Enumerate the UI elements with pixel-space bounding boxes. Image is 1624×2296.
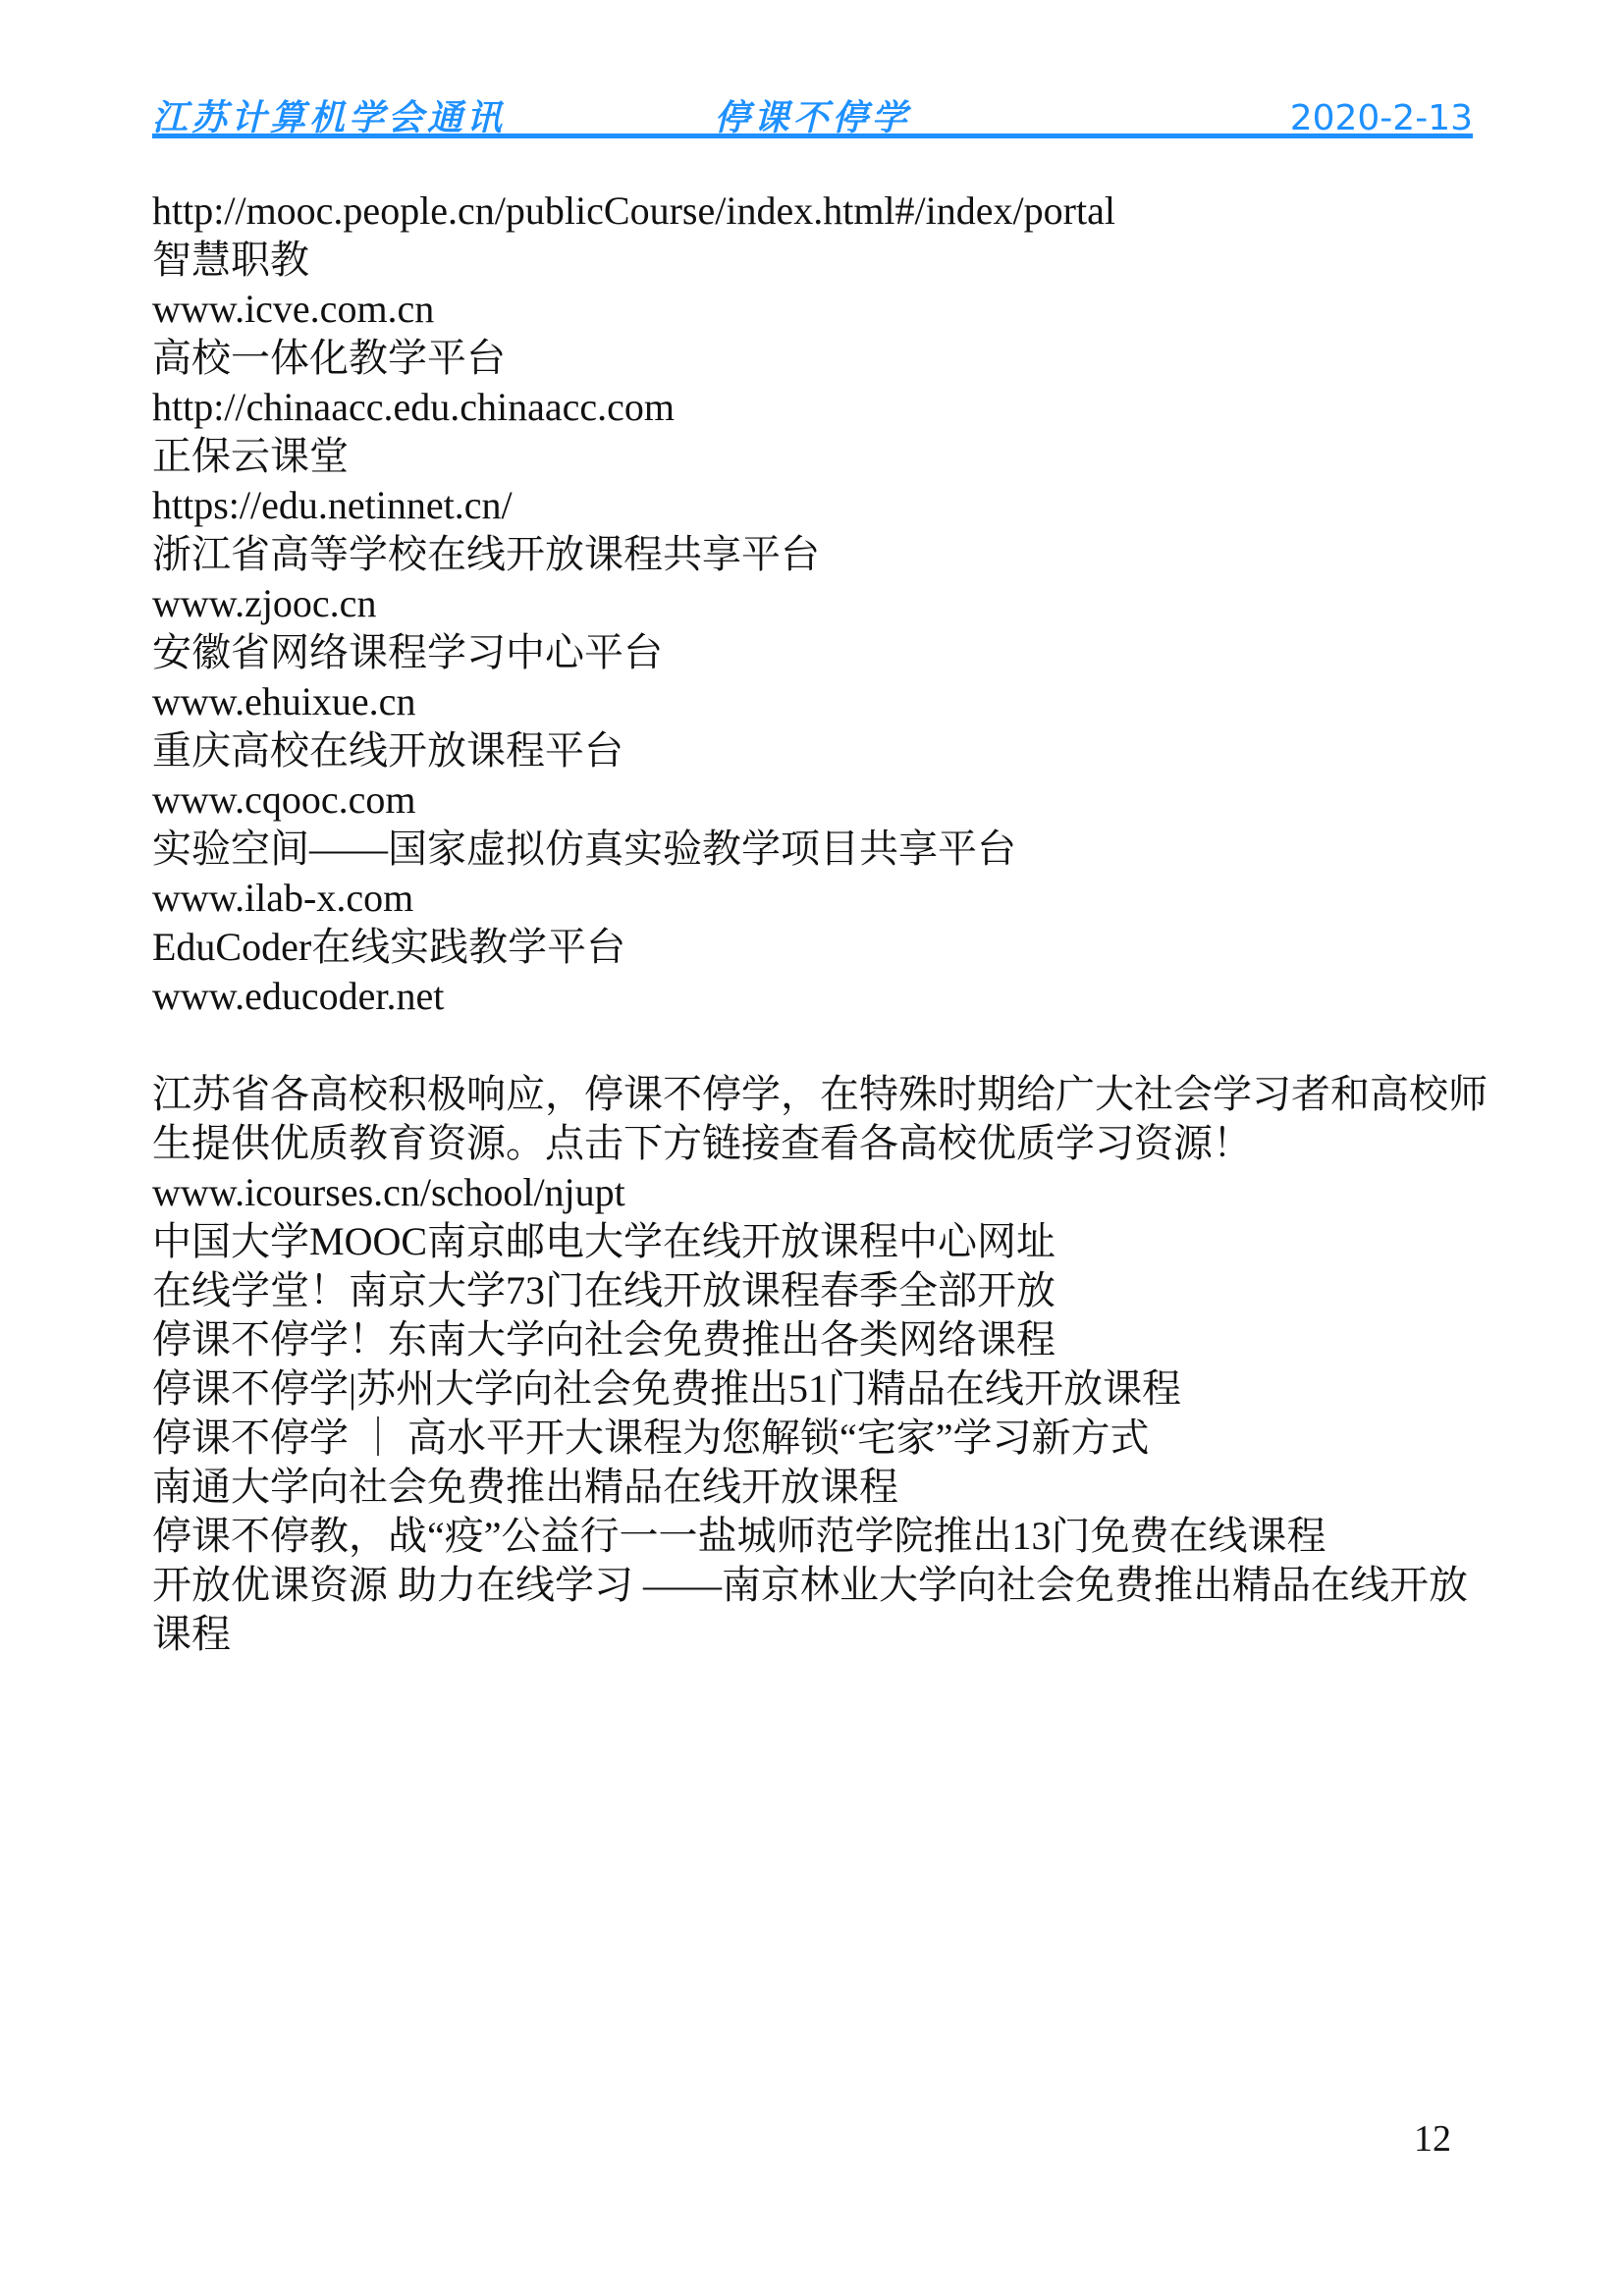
document-page: 江苏计算机学会通讯 停课不停学 2020-2-13 http://mooc.pe… [0,0,1624,2296]
school-link-line[interactable]: 停课不停学！东南大学向社会免费推出各类网络课程 [152,1315,1489,1364]
school-link-line[interactable]: 停课不停教，战“疫”公益行一一盐城师范学院推出13门免费在线课程 [152,1512,1489,1561]
school-links-list: www.icourses.cn/school/njupt中国大学MOOC南京邮电… [152,1168,1489,1659]
intro-paragraph: 江苏省各高校积极响应，停课不停学，在特殊时期给广大社会学习者和高校师生提供优质教… [152,1070,1489,1168]
platform-line: 高校一体化教学平台 [152,334,1489,383]
platform-line[interactable]: https://edu.netinnet.cn/ [152,481,1489,530]
school-link-line[interactable]: 停课不停学 ｜ 高水平开大课程为您解锁“宅家”学习新方式 [152,1414,1489,1463]
platform-line: 重庆高校在线开放课程平台 [152,726,1489,775]
header-rule [152,133,1473,138]
page-body: http://mooc.people.cn/publicCourse/index… [152,187,1489,1659]
school-link-line[interactable]: 停课不停学|苏州大学向社会免费推出51门精品在线开放课程 [152,1364,1489,1414]
platform-line[interactable]: www.educoder.net [152,972,1489,1021]
platform-line: 安徽省网络课程学习中心平台 [152,628,1489,677]
platform-line[interactable]: www.ehuixue.cn [152,677,1489,726]
platform-line: 浙江省高等学校在线开放课程共享平台 [152,530,1489,579]
page-header: 江苏计算机学会通讯 停课不停学 2020-2-13 [152,90,1473,135]
platform-resource-list: http://mooc.people.cn/publicCourse/index… [152,187,1489,1021]
platform-line[interactable]: www.ilab-x.com [152,874,1489,923]
school-link-line[interactable]: 中国大学MOOC南京邮电大学在线开放课程中心网址 [152,1217,1489,1266]
school-link-line[interactable]: 南通大学向社会免费推出精品在线开放课程 [152,1463,1489,1512]
platform-line[interactable]: www.cqooc.com [152,775,1489,825]
platform-line: 智慧职教 [152,236,1489,285]
platform-line[interactable]: www.icve.com.cn [152,285,1489,334]
header-date: 2020-2-13 [1290,98,1473,138]
page-number: 12 [1414,2118,1451,2160]
platform-line: 正保云课堂 [152,432,1489,481]
platform-line[interactable]: http://chinaacc.edu.chinaacc.com [152,383,1489,432]
platform-line[interactable]: www.zjooc.cn [152,579,1489,628]
school-link-line[interactable]: 开放优课资源 助力在线学习 ——南京林业大学向社会免费推出精品在线开放课程 [152,1561,1489,1659]
platform-line: 实验空间——国家虚拟仿真实验教学项目共享平台 [152,825,1489,874]
platform-line: EduCoder在线实践教学平台 [152,923,1489,972]
school-link-line[interactable]: www.icourses.cn/school/njupt [152,1168,1489,1217]
platform-line[interactable]: http://mooc.people.cn/publicCourse/index… [152,187,1489,236]
school-link-line[interactable]: 在线学堂！南京大学73门在线开放课程春季全部开放 [152,1266,1489,1315]
